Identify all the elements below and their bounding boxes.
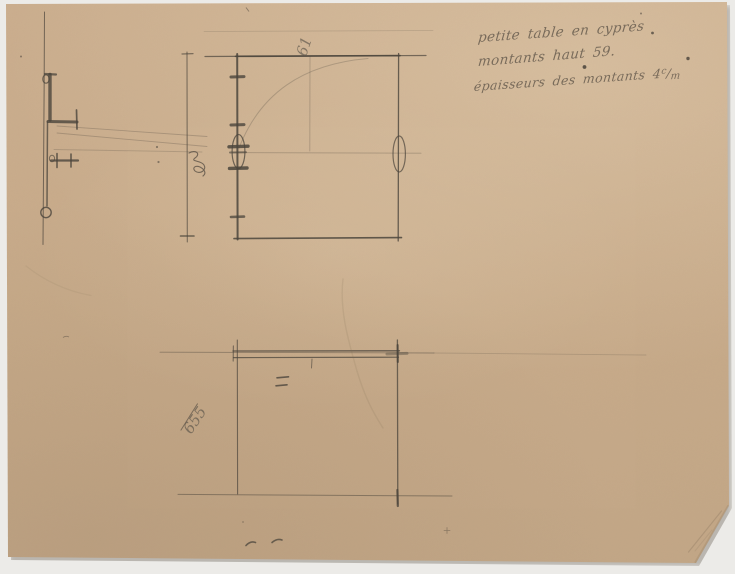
plan-center-horizontal-line [233, 153, 421, 154]
side-view-arm-endcap [77, 110, 78, 129]
speck-top-right-2 [686, 57, 689, 60]
side-view-bracket-cap [45, 74, 56, 75]
speck-top-right-1 [651, 32, 654, 35]
pencil-drawing: 61 655 [0, 0, 735, 574]
ink-dot-after-59 [583, 65, 587, 69]
note-line-3-sub-m: m [670, 71, 681, 83]
plan-bottom-edge [234, 238, 402, 239]
plan-top-edge [236, 56, 401, 57]
elevation-equals-mark-top [277, 377, 289, 378]
speck-top-left [20, 56, 22, 58]
elevation-small-tick [312, 359, 313, 368]
side-view-dot-1 [156, 146, 158, 148]
side-view-lower-stem [47, 122, 48, 206]
plan-left-oval-tick-top [229, 146, 248, 147]
paper-grain-texture [6, 2, 729, 564]
elevation-equals-mark-bottom [276, 385, 287, 386]
scanned-sketch-page: 61 655 [0, 0, 735, 574]
side-view-arm-bar [48, 122, 77, 123]
side-view-dot-2 [157, 161, 159, 163]
speck-bottom-mid [242, 521, 244, 523]
speck-top-right-3 [640, 13, 642, 15]
